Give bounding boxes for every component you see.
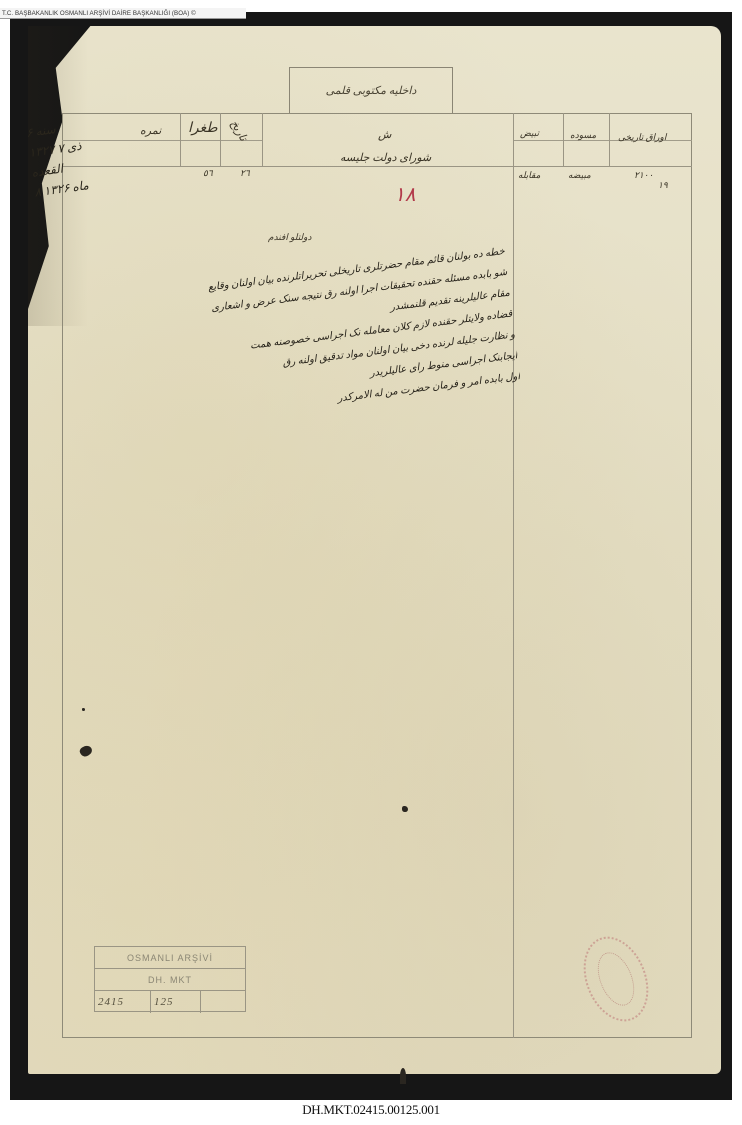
header-center-mark: ش bbox=[378, 128, 391, 141]
council-title: شورای دولت جلیسه bbox=[340, 151, 431, 164]
header-copy-label: مسوده bbox=[570, 130, 596, 141]
archive-watermark: T.C. BAŞBAKANLIK OSMANLI ARŞİVİ DAİRE BA… bbox=[0, 8, 246, 19]
department-title: داخلیه مکتوبی قلمی bbox=[290, 84, 452, 97]
stamp-gomlek-number: 125 bbox=[151, 991, 201, 1013]
stamp-numbers-row: 2415 125 bbox=[95, 991, 245, 1013]
header-draft-label: تبیض bbox=[520, 128, 539, 139]
tughra-value: ٥٦ bbox=[203, 168, 213, 179]
column-divider bbox=[180, 113, 181, 167]
tughra-mark: طغرا bbox=[188, 120, 218, 137]
stamp-fond-code: DH. MKT bbox=[95, 969, 245, 991]
body-heading: دولتلو افندم bbox=[268, 232, 312, 243]
stamp-dosya-number: 2415 bbox=[95, 991, 151, 1013]
form-frame bbox=[62, 113, 692, 1038]
draft-value: مقابله bbox=[518, 170, 540, 181]
document-reference-id: DH.MKT.02415.00125.001 bbox=[0, 1102, 742, 1118]
column-divider bbox=[262, 113, 263, 167]
seal-inner-ring bbox=[591, 947, 642, 1011]
paper-tear-mark bbox=[400, 1068, 406, 1084]
docs-value: ۲۱۰۰ bbox=[634, 170, 653, 181]
red-annotation: ۱۸ bbox=[394, 182, 415, 207]
header-docs-label: اوراق تاریخی bbox=[618, 132, 666, 143]
column-divider bbox=[609, 113, 610, 167]
margin-notes: ۶ سنه ۱۳۲۷ ۷ ذی القعده ۸ ماه ۱۳۲۶ bbox=[25, 114, 105, 203]
main-column-divider bbox=[513, 113, 514, 1038]
header-number-label: نمره bbox=[140, 124, 161, 137]
docs-extra-value: ۱۹ bbox=[658, 180, 668, 191]
ink-dot bbox=[82, 708, 85, 711]
ink-dot bbox=[402, 806, 408, 812]
column-divider bbox=[563, 113, 564, 167]
column-divider bbox=[220, 113, 221, 167]
copy-value: مبیضه bbox=[568, 170, 591, 181]
archive-stamp: OSMANLI ARŞİVİ DH. MKT 2415 125 bbox=[94, 946, 246, 1012]
stamp-extra bbox=[201, 991, 245, 1013]
number-value: ۲٦ bbox=[240, 168, 250, 179]
stamp-title: OSMANLI ARŞİVİ bbox=[95, 947, 245, 969]
department-title-box: داخلیه مکتوبی قلمی bbox=[289, 67, 453, 114]
